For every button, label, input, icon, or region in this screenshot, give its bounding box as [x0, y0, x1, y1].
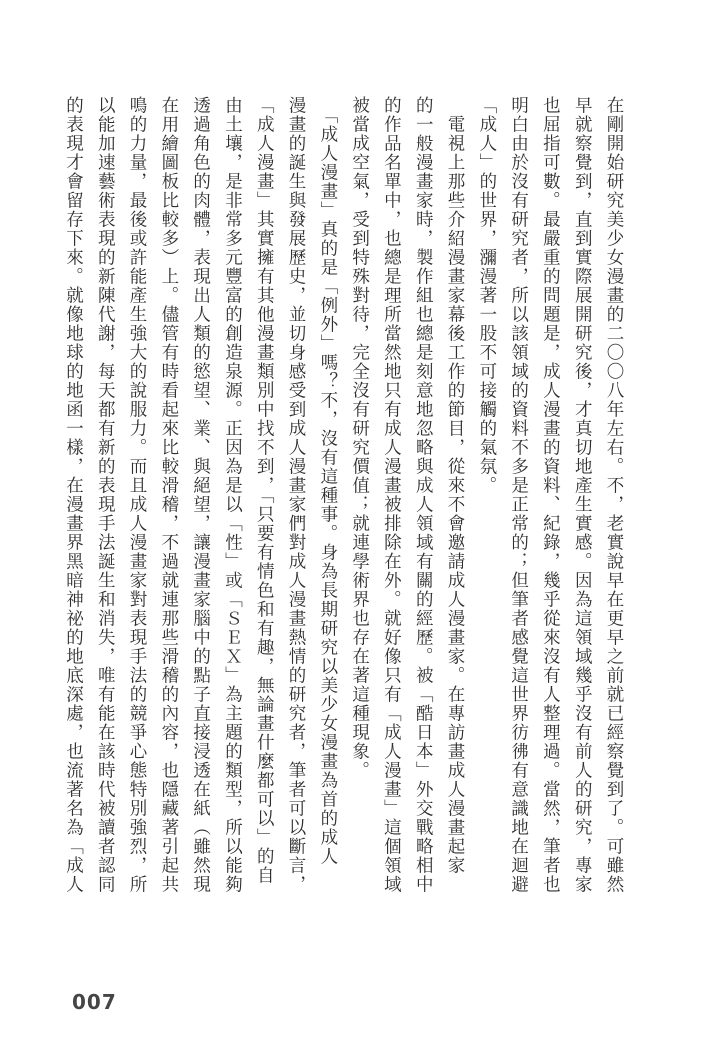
text-column-6: 電視上那些介紹漫畫家幕後工作的節目，從來不會邀請成人漫畫家。在專訪畫成人漫畫起家: [438, 96, 470, 896]
text-column-16: 鳴的力量，最後或許能產生強大的說服力。而且成人漫畫家對表現手法的競爭心態特別強烈…: [120, 96, 152, 896]
text-column-8: 的作品名單中，也總是理所當然地只有成人漫畫被排除在外。就好像只有「成人漫畫」這個…: [375, 96, 407, 896]
text-column-12: 「成人漫畫」其實擁有其他漫畫類別中找不到，「只要有情色和有趣，無論畫什麼都可以」…: [247, 96, 279, 896]
text-column-3: 也屈指可數。最嚴重的問題是，成人漫畫的資料、紀錄，幾乎從來沒有人整理過。當然，筆…: [534, 96, 566, 896]
text-column-15: 在用繪圖板比較多）上。儘管有時看起來比較滑稽，不過就連那些滑稽的內容，也隱藏著引…: [152, 96, 184, 896]
body-text: 在剛開始研究美少女漫畫的二〇〇八年左右。不，老實說早在更早之前就已經察覺到了。可…: [59, 96, 629, 896]
text-column-18: 的表現才會留存下來。就像地球的地函一樣，在漫畫界黑暗神祕的地底深處，也流著名為「…: [57, 96, 89, 896]
text-column-13: 由土壤，是非常多元豐富的創造泉源。正因為是以「性」或「ＳＥＸ」為主題的類型，所以…: [216, 96, 248, 896]
text-column-2: 早就察覺到，直到實際展開研究後，才真切地產生實感。因為這領域幾乎沒有前人的研究，…: [565, 96, 597, 896]
text-column-10: 「成人漫畫」真的是「例外」嗎？不，沒有這種事。身為長期研究以美少女漫畫為首的成人: [311, 96, 343, 896]
text-column-7: 的一般漫畫家時，製作組也總是刻意地忽略與成人領域有關的經歷。被「酷日本」外交戰略…: [406, 96, 438, 896]
text-column-9: 被當成空氣，受到特殊對待，完全沒有研究價值；就連學術界也存在著這種現象。: [343, 96, 375, 896]
text-column-11: 漫畫的誕生與發展歷史，並切身感受到成人漫畫家們對成人漫畫熱情的研究者，筆者可以斷…: [279, 96, 311, 896]
text-column-14: 透過角色的肉體，表現出人類的慾望、業、與絕望，讓漫畫家腦中的點子直接浸透在紙（雖…: [184, 96, 216, 896]
text-column-5: 「成人」的世界，瀰漫著一股不可接觸的氣氛。: [470, 96, 502, 896]
text-column-4: 明白由於沒有研究者，所以該領域的資料不多是正常的；但筆者感覺這世界彷彿有意識地在…: [502, 96, 534, 896]
text-column-1: 在剛開始研究美少女漫畫的二〇〇八年左右。不，老實說早在更早之前就已經察覺到了。可…: [597, 96, 629, 896]
page-number: 007: [72, 990, 117, 1014]
text-column-17: 以能加速藝術表現的新陳代謝，每天都有新的表現手法誕生和消失，唯有能在該時代被讀者…: [88, 96, 120, 896]
